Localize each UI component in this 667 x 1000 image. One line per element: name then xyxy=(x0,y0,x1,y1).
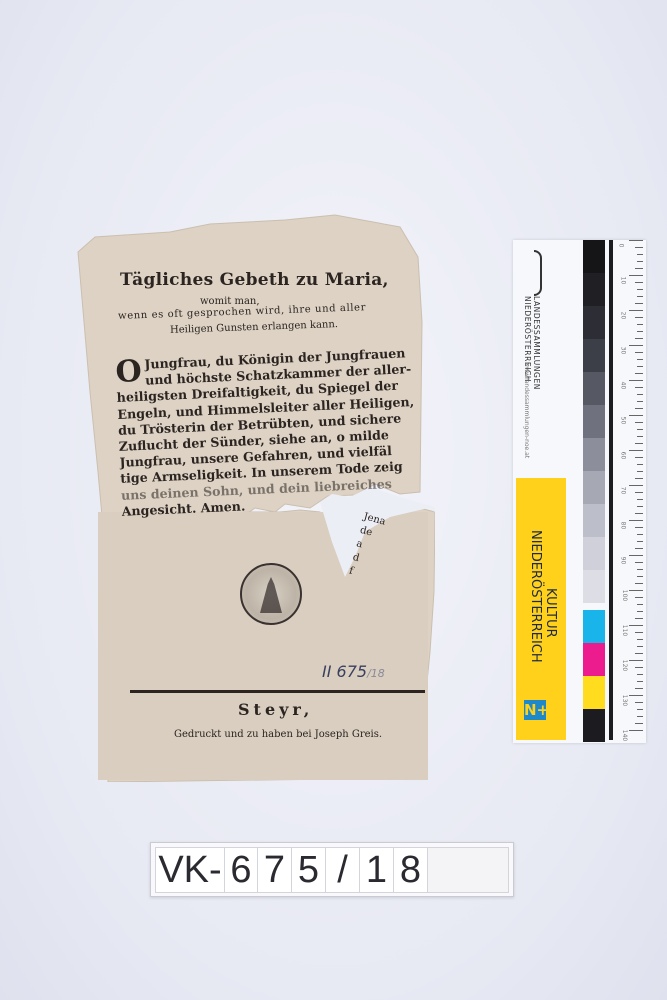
inventory-number: II 675 xyxy=(322,662,367,681)
ruler-tick xyxy=(629,625,643,626)
ruler-label: 80 xyxy=(619,522,626,530)
cmyk-patch-m xyxy=(583,643,605,676)
ruler-tick xyxy=(637,331,643,332)
ruler-tick xyxy=(637,254,643,255)
ruler-tick xyxy=(637,506,643,507)
ruler-tick xyxy=(629,415,643,416)
ruler-tick xyxy=(637,471,643,472)
ruler-tick xyxy=(635,618,643,619)
ruler-tick xyxy=(637,681,643,682)
ruler-tick xyxy=(635,667,643,668)
label-cell: / xyxy=(325,847,360,893)
ruler-label: 30 xyxy=(619,347,626,355)
ruler-tick xyxy=(637,296,643,297)
ruler-tick xyxy=(637,324,643,325)
ruler-label: 90 xyxy=(619,557,626,565)
grey-patch xyxy=(583,240,605,273)
ruler-label: 10 xyxy=(619,277,626,285)
ruler-tick xyxy=(635,268,643,269)
ruler-tick xyxy=(637,646,643,647)
ruler-tick xyxy=(629,660,643,661)
grey-patch xyxy=(583,471,605,504)
ruler-label: 70 xyxy=(619,487,626,495)
leaflet-title: Tägliches Gebeth zu Maria, xyxy=(120,270,390,290)
noe-logo-icon: N+ xyxy=(524,700,546,720)
ruler-tick xyxy=(629,590,643,591)
ruler-label: 120 xyxy=(621,660,628,671)
institution-line-1: LANDESSAMMLUNGEN xyxy=(532,296,541,390)
ruler-tick xyxy=(629,485,643,486)
ruler-tick xyxy=(637,674,643,675)
ruler-tick xyxy=(635,702,643,703)
grey-patch xyxy=(583,339,605,372)
ruler-tick xyxy=(637,611,643,612)
ruler-tick xyxy=(637,541,643,542)
ruler-tick xyxy=(629,345,643,346)
label-cell: 8 xyxy=(393,847,428,893)
label-cell-empty xyxy=(427,847,509,893)
ruler-tick xyxy=(629,380,643,381)
grey-patch xyxy=(583,306,605,339)
label-cell: 1 xyxy=(359,847,394,893)
ruler-tick xyxy=(637,289,643,290)
ruler-tick xyxy=(635,457,643,458)
grey-patch xyxy=(583,537,605,570)
ruler-tick xyxy=(629,555,643,556)
ruler-tick xyxy=(637,709,643,710)
institution-website: www.landessammlungen-noe.at xyxy=(523,362,530,458)
ruler-label: 100 xyxy=(621,590,628,601)
ruler-label: 130 xyxy=(621,695,628,706)
grey-patch xyxy=(583,273,605,306)
ruler-tick xyxy=(637,576,643,577)
ruler-tick xyxy=(629,695,643,696)
ruler-tick xyxy=(637,716,643,717)
grey-patch xyxy=(583,504,605,537)
ruler-tick xyxy=(635,583,643,584)
ruler-tick xyxy=(635,723,643,724)
ruler-label: 140 xyxy=(621,730,628,741)
ruler-tick xyxy=(635,562,643,563)
ruler-tick xyxy=(637,401,643,402)
ruler-label: 40 xyxy=(619,382,626,390)
grey-patch xyxy=(583,372,605,405)
sponsor-line-1: KULTUR xyxy=(543,530,558,663)
label-cell-prefix: VK- xyxy=(155,847,225,893)
divider-rule xyxy=(130,690,425,693)
brace-logo-icon xyxy=(534,250,542,296)
ruler-tick xyxy=(635,632,643,633)
ruler-tick xyxy=(637,499,643,500)
cmyk-patch-y xyxy=(583,676,605,709)
ruler-tick xyxy=(635,443,643,444)
ruler-label: 110 xyxy=(621,625,628,636)
grey-patch xyxy=(583,438,605,471)
grey-patch xyxy=(583,570,605,603)
ruler-tick xyxy=(635,688,643,689)
printer-line: Gedruckt und zu haben bei Joseph Greis. xyxy=(174,729,382,740)
ruler-tick xyxy=(629,275,643,276)
label-cell: 7 xyxy=(257,847,292,893)
ruler-tick xyxy=(629,310,643,311)
ruler-tick xyxy=(635,317,643,318)
ruler-tick xyxy=(635,478,643,479)
ruler-label: 50 xyxy=(619,417,626,425)
ruler-tick xyxy=(635,303,643,304)
ruler-tick xyxy=(635,373,643,374)
sponsor-line-2: NIEDERÖSTERREICH xyxy=(528,530,543,663)
madonna-seal-icon xyxy=(240,563,302,625)
ruler-tick xyxy=(635,352,643,353)
ruler-tick xyxy=(637,394,643,395)
ruler-tick xyxy=(635,282,643,283)
cmyk-patch-c xyxy=(583,610,605,643)
inventory-suffix: /18 xyxy=(367,667,385,680)
place-of-print: Steyr, xyxy=(238,700,313,719)
ruler-tick xyxy=(637,261,643,262)
sponsor-name: KULTUR NIEDERÖSTERREICH xyxy=(528,530,558,663)
cmyk-patch-k xyxy=(583,709,605,742)
drop-cap: O xyxy=(115,357,142,388)
ruler-tick xyxy=(637,534,643,535)
ruler-tick xyxy=(635,422,643,423)
label-cell: 5 xyxy=(291,847,326,893)
ruler-tick xyxy=(635,387,643,388)
mm-ruler: 0102030405060708090100110120130140 xyxy=(617,240,645,740)
ruler-tick xyxy=(635,513,643,514)
ruler-tick xyxy=(637,464,643,465)
ruler-tick xyxy=(637,436,643,437)
ruler-tick xyxy=(635,527,643,528)
ruler-tick xyxy=(629,450,643,451)
ruler-tick xyxy=(637,639,643,640)
ruler-tick xyxy=(629,730,643,731)
grey-scale-patches xyxy=(583,240,605,603)
ruler-tick xyxy=(635,548,643,549)
ruler-label: 20 xyxy=(619,312,626,320)
cmyk-patches xyxy=(583,610,605,742)
ruler-tick xyxy=(629,240,643,241)
ruler-tick xyxy=(635,408,643,409)
ruler-tick xyxy=(635,338,643,339)
inventory-label: VK- 6 7 5 / 1 8 xyxy=(150,842,514,897)
handwritten-inventory-number: II 675/18 xyxy=(322,662,385,681)
prayer-body: O Jungfrau, du Königin der Jungfrauen un… xyxy=(115,345,422,520)
ruler-label: 60 xyxy=(619,452,626,460)
ruler-tick xyxy=(637,359,643,360)
ruler-tick xyxy=(635,492,643,493)
black-reference-bar xyxy=(609,240,613,740)
ruler-tick xyxy=(637,569,643,570)
ruler-label: 0 xyxy=(617,244,624,248)
ruler-tick xyxy=(637,366,643,367)
ruler-tick xyxy=(629,520,643,521)
ruler-tick xyxy=(637,429,643,430)
ruler-tick xyxy=(635,247,643,248)
label-cell: 6 xyxy=(224,847,258,893)
grey-patch xyxy=(583,405,605,438)
ruler-tick xyxy=(635,653,643,654)
ruler-tick xyxy=(637,604,643,605)
ruler-tick xyxy=(635,597,643,598)
